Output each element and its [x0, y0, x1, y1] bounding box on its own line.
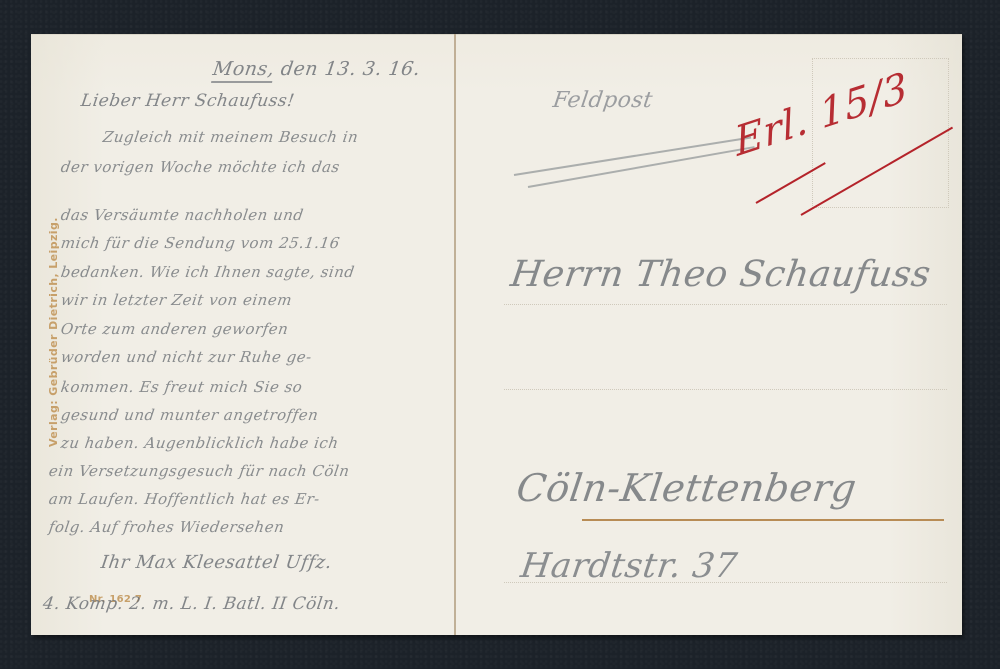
message-line: Orte zum anderen geworfen	[60, 320, 290, 338]
pencil-underline-stroke	[514, 136, 751, 176]
message-line: mich für die Sendung vom 25.1.16	[60, 234, 341, 252]
address-dotted-line-2	[504, 389, 947, 390]
signature: Ihr Max Kleesattel Uffz.	[100, 552, 334, 573]
message-line: das Versäumte nachholen und	[60, 206, 305, 224]
date-line: Mons, den 13. 3. 16.	[211, 58, 421, 80]
address-dotted-line-1	[504, 304, 947, 305]
greeting: Lieber Herr Schaufuss!	[80, 91, 296, 111]
date-prefix: den	[279, 58, 319, 80]
message-line: kommen. Es freut mich Sie so	[60, 378, 304, 396]
recipient-city: Cöln-Klettenberg	[514, 466, 859, 510]
message-line: am Laufen. Hoffentlich hat es Er-	[48, 490, 321, 508]
recipient-street: Hardtstr. 37	[518, 546, 740, 586]
postcard-back: Verlag: Gebrüder Dietrich, Leipzig. Nr. …	[31, 34, 962, 635]
recipient-name: Herrn Theo Schaufuss	[508, 254, 933, 295]
message-line: bedanken. Wie ich Ihnen sagte, sind	[60, 263, 356, 281]
place-name: Mons,	[211, 58, 276, 83]
message-line: worden und nicht zur Ruhe ge-	[60, 348, 313, 366]
message-line: wir in letzter Zeit von einem	[60, 291, 294, 309]
feldpost-note: Feldpost	[551, 88, 654, 113]
message-line: ein Versetzungsgesuch für nach Cöln	[48, 462, 351, 480]
message-line: zu haben. Augenblicklich habe ich	[60, 434, 340, 452]
military-unit: 4. Komp. 2. m. L. I. Batl. II Cöln.	[42, 594, 342, 614]
message-line: gesund und munter angetroffen	[60, 406, 320, 424]
message-line: Zugleich mit meinem Besuch in	[102, 128, 360, 146]
publisher-imprint: Verlag: Gebrüder Dietrich, Leipzig.	[47, 217, 60, 447]
message-line: der vorigen Woche möchte ich das	[60, 158, 341, 176]
message-line: folg. Auf frohes Wiedersehen	[48, 518, 286, 536]
center-divider-line	[454, 34, 456, 635]
address-city-rule	[582, 519, 944, 521]
date-value: 13. 3. 16.	[323, 58, 422, 80]
address-dotted-line-3	[504, 582, 947, 583]
